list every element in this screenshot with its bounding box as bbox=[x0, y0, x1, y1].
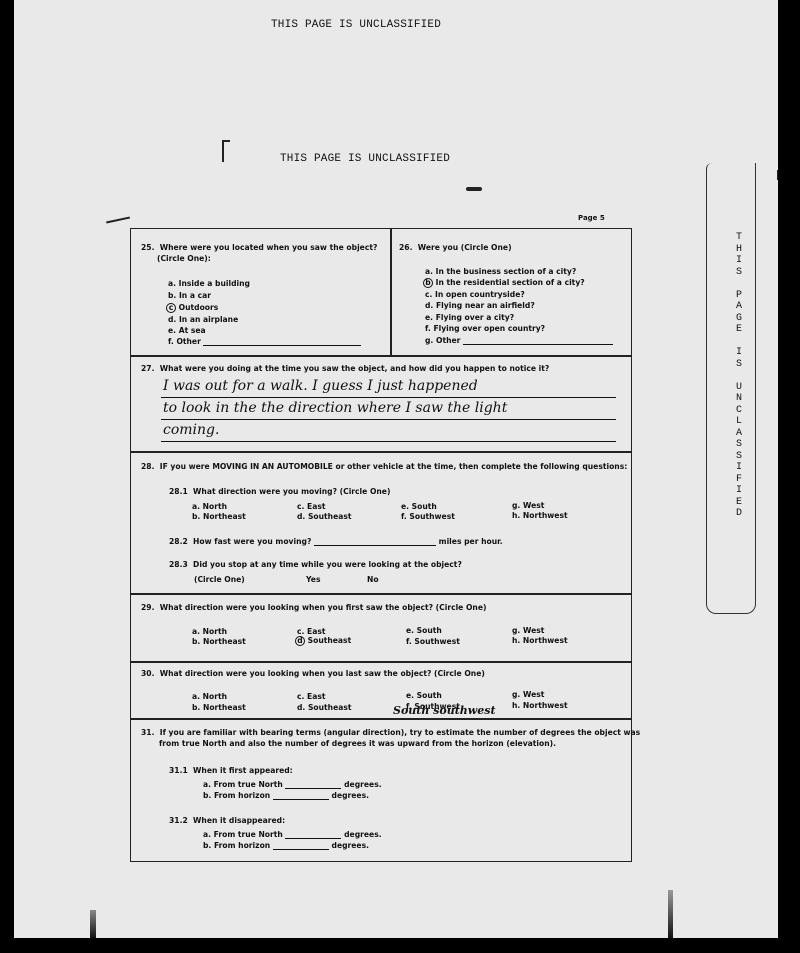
divider bbox=[131, 355, 631, 357]
q26-other-field[interactable] bbox=[463, 344, 613, 345]
q28-1-option[interactable]: a. North bbox=[192, 502, 227, 511]
vertical-stamp-letter: S bbox=[732, 267, 746, 279]
q26-number: 26. bbox=[399, 243, 412, 252]
vertical-stamp-letter: I bbox=[732, 347, 746, 359]
q25-option-d[interactable]: d. In an airplane bbox=[168, 315, 238, 324]
answer-line bbox=[161, 441, 616, 442]
q26-option-e[interactable]: e. Flying over a city? bbox=[425, 313, 514, 322]
q25-number: 25. bbox=[141, 243, 154, 252]
q28-1-text: What direction were you moving? (Circle … bbox=[193, 487, 390, 496]
circled-answer-mark: d bbox=[295, 636, 305, 646]
classification-stamp-vertical: THIS PAGE IS UNCLASSIFIED bbox=[732, 232, 746, 520]
classification-stamp-top: THIS PAGE IS UNCLASSIFIED bbox=[271, 19, 441, 31]
q28-3-text: Did you stop at any time while you were … bbox=[193, 560, 462, 569]
q26-option-a[interactable]: a. In the business section of a city? bbox=[425, 267, 576, 276]
vertical-stamp-bracket bbox=[706, 163, 756, 614]
vertical-stamp-letter: P bbox=[732, 290, 746, 302]
vertical-stamp-letter: G bbox=[732, 313, 746, 325]
q30-option[interactable]: h. Northwest bbox=[512, 701, 568, 710]
vertical-stamp-letter: D bbox=[732, 508, 746, 520]
q28-1-option[interactable]: h. Northwest bbox=[512, 511, 568, 520]
circled-answer-mark: b bbox=[423, 278, 433, 288]
q28-1-option[interactable]: g. West bbox=[512, 501, 544, 510]
vertical-stamp-letter bbox=[732, 370, 746, 382]
q29-option[interactable]: f. Southwest bbox=[406, 637, 460, 646]
q25-option-b[interactable]: b. In a car bbox=[168, 291, 211, 300]
q25-option-e[interactable]: e. At sea bbox=[168, 326, 206, 335]
q27-text: What were you doing at the time you saw … bbox=[160, 364, 550, 373]
questionnaire-form: 25. Where were you located when you saw … bbox=[130, 228, 632, 862]
q26-option-b-circled[interactable]: b In the residential section of a city? bbox=[425, 278, 585, 288]
q29-number: 29. bbox=[141, 603, 154, 612]
divider bbox=[131, 451, 631, 453]
divider bbox=[131, 661, 631, 663]
q29-text: What direction were you looking when you… bbox=[160, 603, 487, 612]
q30-number: 30. bbox=[141, 669, 154, 678]
q31-text-2: from true North and also the number of d… bbox=[159, 739, 556, 748]
q25-text: Where were you located when you saw the … bbox=[160, 243, 378, 252]
scan-mark bbox=[668, 890, 673, 938]
vertical-stamp-letter: A bbox=[732, 301, 746, 313]
q25-option-f[interactable]: f. Other bbox=[168, 337, 361, 346]
q29-option[interactable]: a. North bbox=[192, 627, 227, 636]
answer-line bbox=[161, 397, 616, 398]
vertical-stamp-letter: I bbox=[732, 462, 746, 474]
vertical-stamp-letter: I bbox=[732, 255, 746, 267]
handwritten-answer-line-3: coming. bbox=[163, 422, 219, 438]
vertical-stamp-letter: N bbox=[732, 393, 746, 405]
q26-option-f[interactable]: f. Flying over open country? bbox=[425, 324, 545, 333]
q31-2-text: When it disappeared: bbox=[193, 816, 285, 825]
scan-mark bbox=[777, 170, 778, 180]
scanned-page: THIS PAGE IS UNCLASSIFIED THIS PAGE IS U… bbox=[14, 0, 778, 938]
page-number: Page 5 bbox=[578, 214, 605, 222]
q26-option-c[interactable]: c. In open countryside? bbox=[425, 290, 525, 299]
vertical-stamp-letter: E bbox=[732, 324, 746, 336]
scan-mark bbox=[222, 140, 230, 142]
q31-1-north-field[interactable] bbox=[285, 788, 341, 789]
vertical-stamp-letter bbox=[732, 278, 746, 290]
handwritten-answer-30: South southwest bbox=[393, 704, 496, 717]
circled-answer-mark: c bbox=[166, 303, 176, 313]
q29-option[interactable]: b. Northeast bbox=[192, 637, 246, 646]
q29-option-d-circled[interactable]: d Southeast bbox=[297, 636, 351, 646]
divider bbox=[131, 718, 631, 720]
vertical-stamp-letter: S bbox=[732, 451, 746, 463]
scan-mark bbox=[90, 910, 96, 938]
q28-1-option[interactable]: c. East bbox=[297, 502, 326, 511]
vertical-stamp-letter: L bbox=[732, 416, 746, 428]
vertical-stamp-letter: I bbox=[732, 485, 746, 497]
q31-text-1: If you are familiar with bearing terms (… bbox=[160, 728, 640, 737]
vertical-stamp-letter: C bbox=[732, 405, 746, 417]
q28-1-option[interactable]: b. Northeast bbox=[192, 512, 246, 521]
q30-text: What direction were you looking when you… bbox=[160, 669, 485, 678]
scan-mark bbox=[222, 140, 224, 162]
q31-1-horizon-field[interactable] bbox=[273, 799, 329, 800]
q31-number: 31. bbox=[141, 728, 154, 737]
vertical-stamp-letter bbox=[732, 336, 746, 348]
q25-other-field[interactable] bbox=[203, 345, 361, 346]
q30-option[interactable]: e. South bbox=[406, 691, 442, 700]
q31-2-north-field[interactable] bbox=[285, 838, 341, 839]
q28-3-no-option[interactable]: No bbox=[367, 575, 379, 584]
divider-25-26 bbox=[390, 229, 392, 356]
q29-option[interactable]: e. South bbox=[406, 626, 442, 635]
q30-option[interactable]: g. West bbox=[512, 690, 544, 699]
q29-option[interactable]: h. Northwest bbox=[512, 636, 568, 645]
q31-1-text: When it first appeared: bbox=[193, 766, 293, 775]
vertical-stamp-letter: A bbox=[732, 428, 746, 440]
classification-stamp-second: THIS PAGE IS UNCLASSIFIED bbox=[280, 153, 450, 165]
q25-instruction: (Circle One): bbox=[157, 254, 211, 263]
q30-option[interactable]: c. East bbox=[297, 692, 326, 701]
vertical-stamp-letter: E bbox=[732, 497, 746, 509]
handwritten-answer-line-1: I was out for a walk. I guess I just hap… bbox=[163, 378, 478, 394]
q29-option[interactable]: c. East bbox=[297, 627, 326, 636]
q28-1-option[interactable]: e. South bbox=[401, 502, 437, 511]
q28-2-text: How fast were you moving? bbox=[193, 537, 311, 546]
q28-1-option[interactable]: d. Southeast bbox=[297, 512, 352, 521]
q30-option[interactable]: b. Northeast bbox=[192, 703, 246, 712]
q28-text: IF you were MOVING IN AN AUTOMOBILE or o… bbox=[160, 462, 628, 471]
q28-3-instruction: (Circle One) bbox=[194, 575, 245, 584]
q25-option-c-circled[interactable]: c Outdoors bbox=[168, 303, 218, 313]
q27-number: 27. bbox=[141, 364, 154, 373]
q28-1-option[interactable]: f. Southwest bbox=[401, 512, 455, 521]
vertical-stamp-letter: S bbox=[732, 439, 746, 451]
vertical-stamp-letter: S bbox=[732, 359, 746, 371]
vertical-stamp-letter: F bbox=[732, 474, 746, 486]
scan-mark bbox=[466, 187, 482, 191]
q26-text: Were you (Circle One) bbox=[418, 243, 512, 252]
vertical-stamp-letter: H bbox=[732, 244, 746, 256]
speed-field[interactable] bbox=[314, 545, 436, 546]
scan-mark bbox=[106, 217, 130, 223]
q31-2-horizon-field[interactable] bbox=[273, 849, 329, 850]
vertical-stamp-letter: U bbox=[732, 382, 746, 394]
divider bbox=[131, 593, 631, 595]
q29-option[interactable]: g. West bbox=[512, 626, 544, 635]
q26-option-g[interactable]: g. Other bbox=[425, 336, 613, 345]
q28-3-yes-option[interactable]: Yes bbox=[306, 575, 320, 584]
q25-option-a[interactable]: a. Inside a building bbox=[168, 279, 250, 288]
vertical-stamp-letter: T bbox=[732, 232, 746, 244]
q30-option[interactable]: a. North bbox=[192, 692, 227, 701]
q26-option-d[interactable]: d. Flying near an airfield? bbox=[425, 301, 535, 310]
q28-number: 28. bbox=[141, 462, 154, 471]
answer-line bbox=[161, 419, 616, 420]
q30-option[interactable]: d. Southeast bbox=[297, 703, 352, 712]
handwritten-answer-line-2: to look in the the direction where I saw… bbox=[163, 400, 507, 416]
